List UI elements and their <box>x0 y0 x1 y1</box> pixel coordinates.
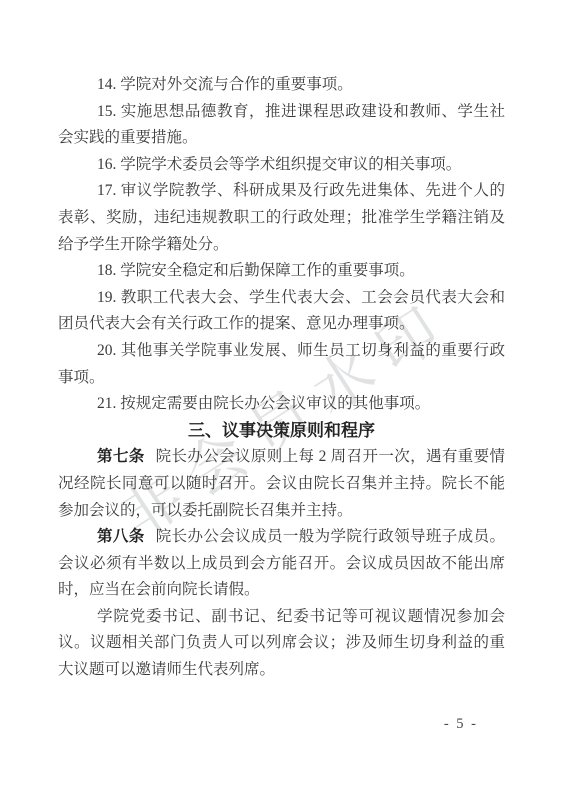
list-item-17: 17. 审议学院教学、科研成果及行政先进集体、先进个人的表彰、奖励，违纪违规教职… <box>58 178 505 258</box>
article-8-paragraph: 第八条院长办公会议成员一般为学院行政领导班子成员。会议必须有半数以上成员到会方能… <box>58 524 505 604</box>
closing-paragraph: 学院党委书记、副书记、纪委书记等可视议题情况参加会议。议题相关部门负责人可以列席… <box>58 604 505 684</box>
list-item-14: 14. 学院对外交流与合作的重要事项。 <box>58 72 505 99</box>
article-8-label: 第八条 <box>97 528 145 545</box>
article-7-paragraph: 第七条院长办公会议原则上每 2 周召开一次，遇有重要情况经院长同意可以随时召开。… <box>58 444 505 524</box>
list-item-15: 15. 实施思想品德教育，推进课程思政建设和教师、学生社会实践的重要措施。 <box>58 99 505 152</box>
page-number: - 5 - <box>444 716 478 733</box>
list-item-16: 16. 学院学术委员会等学术组织提交审议的相关事项。 <box>58 152 505 179</box>
list-item-19: 19. 教职工代表大会、学生代表大会、工会会员代表大会和团员代表大会有关行政工作… <box>58 285 505 338</box>
article-7-label: 第七条 <box>97 448 145 465</box>
document-content: 14. 学院对外交流与合作的重要事项。 15. 实施思想品德教育，推进课程思政建… <box>58 72 505 684</box>
list-item-20: 20. 其他事关学院事业发展、师生员工切身利益的重要行政事项。 <box>58 338 505 391</box>
list-item-21: 21. 按规定需要由院长办公会议审议的其他事项。 <box>58 391 505 418</box>
list-item-18: 18. 学院安全稳定和后勤保障工作的重要事项。 <box>58 258 505 285</box>
section-heading: 三、议事决策原则和程序 <box>58 418 505 445</box>
document-page: 非会员水印 14. 学院对外交流与合作的重要事项。 15. 实施思想品德教育，推… <box>0 0 565 800</box>
